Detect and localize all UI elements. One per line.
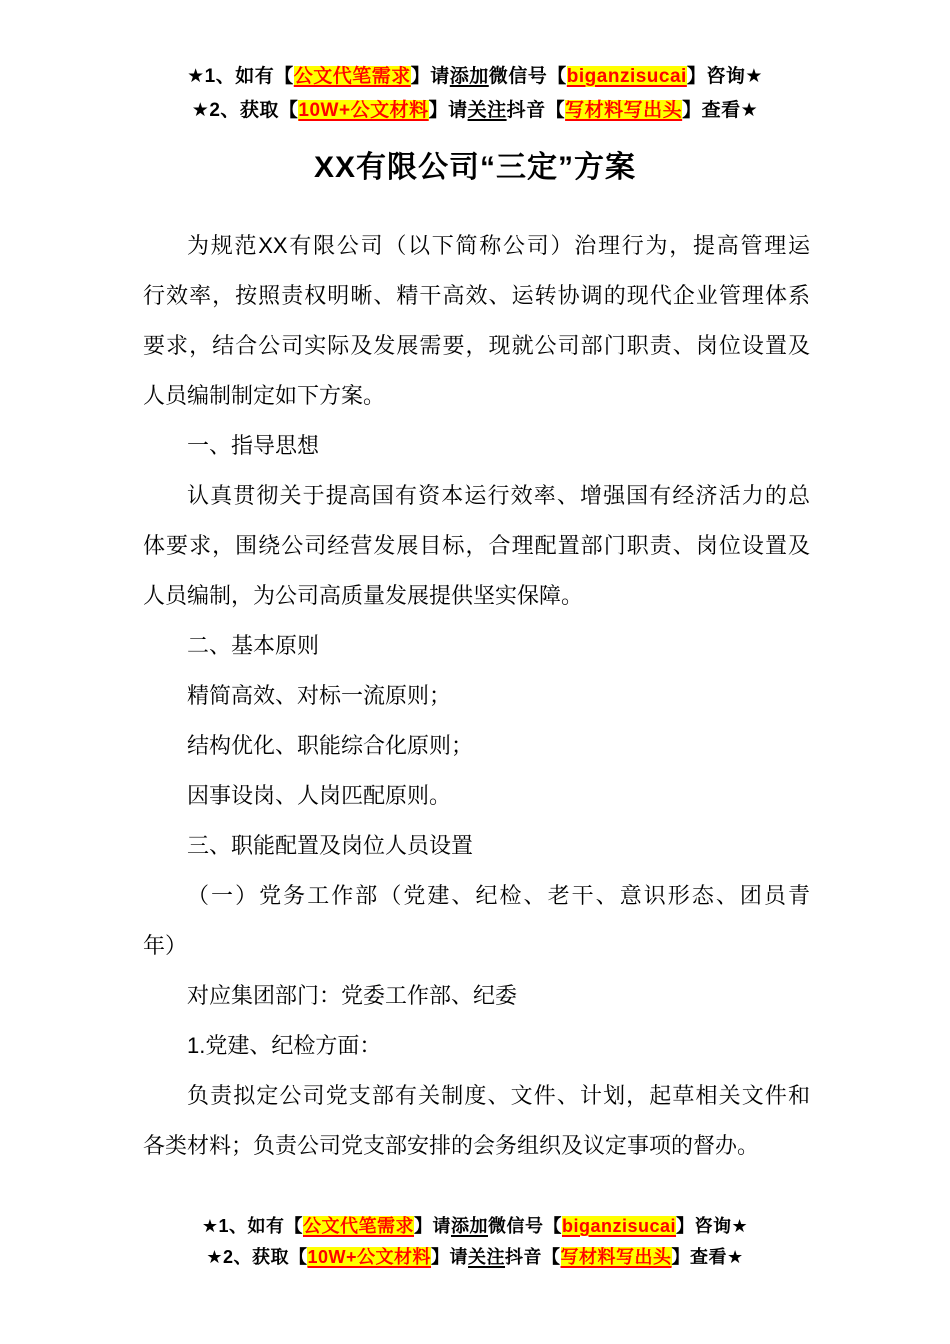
highlighted-text: biganzisucai [562,1216,676,1236]
plain-text: 】咨询★ [687,66,763,87]
body-text-line: 认真贯彻关于提高国有资本运行效率、增强国有经济活力的总 [143,471,810,521]
body-text-line: 1.党建、纪检方面： [143,1021,810,1071]
underlined-text: 添加 [451,1216,488,1236]
body-text-line: 人员编制，为公司高质量发展提供坚实保障。 [143,571,810,621]
highlighted-text: 公文代笔需求 [303,1216,414,1236]
body-text-line: 各类材料；负责公司党支部安排的会务组织及议定事项的督办。 [143,1121,810,1171]
highlighted-text: 公文代笔需求 [294,66,411,87]
plain-text: 】请 [431,1247,468,1267]
underlined-text: 关注 [468,100,507,121]
body-text-line: 行效率，按照责权明晰、精干高效、运转协调的现代企业管理体系 [143,271,810,321]
promo-header: ★1、如有【公文代笔需求】请添加微信号【biganzisucai】咨询★★2、获… [0,60,950,128]
plain-text: 】查看★ [682,100,758,121]
body-text-line: 要求，结合公司实际及发展需要，现就公司部门职责、岗位设置及 [143,321,810,371]
document-body: 为规范XX有限公司（以下简称公司）治理行为，提高管理运行效率，按照责权明晰、精干… [143,221,810,1171]
highlighted-text: 10W+公文材料 [298,100,428,121]
plain-text: 抖音【 [505,1247,561,1267]
plain-text: ★1、如有【 [187,66,294,87]
body-text-line: 负责拟定公司党支部有关制度、文件、计划，起草相关文件和 [143,1071,810,1121]
plain-text: 】咨询★ [676,1216,748,1236]
body-text-line: 精简高效、对标一流原则； [143,671,810,721]
underlined-text: 关注 [468,1247,505,1267]
plain-text: ★2、获取【 [206,1247,307,1267]
body-text-line: 因事设岗、人岗匹配原则。 [143,771,810,821]
highlighted-text: 写材料写出头 [561,1247,672,1267]
promo-line: ★2、获取【10W+公文材料】请关注抖音【写材料写出头】查看★ [0,94,950,128]
highlighted-text: 10W+公文材料 [307,1247,431,1267]
body-text-line: 三、职能配置及岗位人员设置 [143,821,810,871]
promo-line: ★2、获取【10W+公文材料】请关注抖音【写材料写出头】查看★ [0,1242,950,1273]
promo-line: ★1、如有【公文代笔需求】请添加微信号【biganzisucai】咨询★ [0,1211,950,1242]
body-text-line: （一）党务工作部（党建、纪检、老干、意识形态、团员青 [143,871,810,921]
body-text-line: 对应集团部门：党委工作部、纪委 [143,971,810,1021]
plain-text: 】请 [429,100,468,121]
document-title: XX有限公司“三定”方案 [0,147,950,189]
promo-footer: ★1、如有【公文代笔需求】请添加微信号【biganzisucai】咨询★★2、获… [0,1211,950,1273]
plain-text: ★2、获取【 [192,100,299,121]
document-page: ★1、如有【公文代笔需求】请添加微信号【biganzisucai】咨询★★2、获… [0,0,950,1344]
body-text-line: 年） [143,921,810,971]
body-text-line: 为规范XX有限公司（以下简称公司）治理行为，提高管理运 [143,221,810,271]
plain-text: 】请 [414,1216,451,1236]
body-text-line: 二、基本原则 [143,621,810,671]
highlighted-text: biganzisucai [567,66,687,87]
promo-line: ★1、如有【公文代笔需求】请添加微信号【biganzisucai】咨询★ [0,60,950,94]
plain-text: 】请 [411,66,450,87]
body-text-line: 一、指导思想 [143,421,810,471]
plain-text: 抖音【 [507,100,566,121]
plain-text: ★1、如有【 [202,1216,303,1236]
body-text-line: 体要求，围绕公司经营发展目标，合理配置部门职责、岗位设置及 [143,521,810,571]
plain-text: 微信号【 [489,66,567,87]
body-text-line: 人员编制制定如下方案。 [143,371,810,421]
plain-text: 】查看★ [672,1247,744,1267]
underlined-text: 添加 [450,66,489,87]
plain-text: 微信号【 [488,1216,562,1236]
highlighted-text: 写材料写出头 [565,100,682,121]
body-text-line: 结构优化、职能综合化原则； [143,721,810,771]
